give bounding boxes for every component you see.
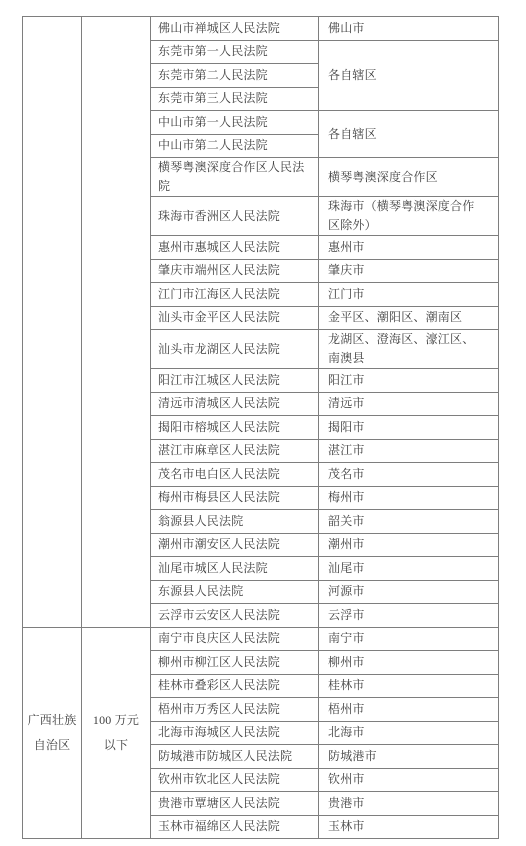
jurisdiction-cell: 茂名市 bbox=[319, 463, 499, 487]
jurisdiction-cell: 湛江市 bbox=[319, 439, 499, 463]
court-name-cell: 茂名市电白区人民法院 bbox=[151, 463, 319, 487]
jurisdiction-cell: 梅州市 bbox=[319, 486, 499, 510]
jurisdiction-cell: 韶关市 bbox=[319, 510, 499, 534]
jurisdiction-cell: 桂林市 bbox=[319, 674, 499, 698]
court-name-cell: 湛江市麻章区人民法院 bbox=[151, 439, 319, 463]
jurisdiction-cell: 肇庆市 bbox=[319, 259, 499, 283]
jurisdiction-cell: 揭阳市 bbox=[319, 416, 499, 440]
court-name-cell: 横琴粤澳深度合作区人民法院 bbox=[151, 158, 319, 197]
document-page: 佛山市禅城区人民法院佛山市东莞市第一人民法院各自辖区东莞市第二人民法院东莞市第三… bbox=[0, 0, 526, 846]
court-name-cell: 中山市第一人民法院 bbox=[151, 111, 319, 135]
jurisdiction-cell: 惠州市 bbox=[319, 236, 499, 260]
court-name-cell: 钦州市钦北区人民法院 bbox=[151, 768, 319, 792]
court-name-cell: 中山市第二人民法院 bbox=[151, 134, 319, 158]
court-name-cell: 阳江市江城区人民法院 bbox=[151, 369, 319, 393]
jurisdiction-cell: 贵港市 bbox=[319, 792, 499, 816]
court-name-cell: 肇庆市端州区人民法院 bbox=[151, 259, 319, 283]
jurisdiction-cell: 清远市 bbox=[319, 392, 499, 416]
court-name-cell: 柳州市柳江区人民法院 bbox=[151, 651, 319, 675]
jurisdiction-cell: 江门市 bbox=[319, 283, 499, 307]
province-cell: 广西壮族自治区 bbox=[23, 627, 82, 839]
jurisdiction-cell: 钦州市 bbox=[319, 768, 499, 792]
court-name-cell: 揭阳市榕城区人民法院 bbox=[151, 416, 319, 440]
jurisdiction-cell: 北海市 bbox=[319, 721, 499, 745]
court-name-cell: 东莞市第一人民法院 bbox=[151, 40, 319, 64]
court-name-cell: 桂林市叠彩区人民法院 bbox=[151, 674, 319, 698]
jurisdiction-cell: 金平区、潮阳区、潮南区 bbox=[319, 306, 499, 330]
jurisdiction-cell: 云浮市 bbox=[319, 604, 499, 628]
table-row: 佛山市禅城区人民法院佛山市 bbox=[23, 17, 499, 41]
court-name-cell: 玉林市福绵区人民法院 bbox=[151, 815, 319, 839]
jurisdiction-cell: 南宁市 bbox=[319, 627, 499, 651]
jurisdiction-cell: 佛山市 bbox=[319, 17, 499, 41]
court-name-cell: 珠海市香洲区人民法院 bbox=[151, 197, 319, 236]
court-name-cell: 惠州市惠城区人民法院 bbox=[151, 236, 319, 260]
province-cell bbox=[23, 17, 82, 628]
jurisdiction-cell: 梧州市 bbox=[319, 698, 499, 722]
jurisdiction-cell: 柳州市 bbox=[319, 651, 499, 675]
jurisdiction-cell: 珠海市（横琴粤澳深度合作区除外） bbox=[319, 197, 499, 236]
jurisdiction-cell: 各自辖区 bbox=[319, 111, 499, 158]
amount-threshold-cell: 100 万元以下 bbox=[82, 627, 151, 839]
court-name-cell: 汕头市龙湖区人民法院 bbox=[151, 330, 319, 369]
court-name-cell: 东莞市第二人民法院 bbox=[151, 64, 319, 88]
court-name-cell: 南宁市良庆区人民法院 bbox=[151, 627, 319, 651]
jurisdiction-cell: 各自辖区 bbox=[319, 40, 499, 111]
court-name-cell: 北海市海城区人民法院 bbox=[151, 721, 319, 745]
court-name-cell: 东源县人民法院 bbox=[151, 580, 319, 604]
jurisdiction-cell: 横琴粤澳深度合作区 bbox=[319, 158, 499, 197]
court-name-cell: 东莞市第三人民法院 bbox=[151, 87, 319, 111]
table-row: 广西壮族自治区100 万元以下南宁市良庆区人民法院南宁市 bbox=[23, 627, 499, 651]
court-name-cell: 潮州市潮安区人民法院 bbox=[151, 533, 319, 557]
jurisdiction-cell: 汕尾市 bbox=[319, 557, 499, 581]
court-name-cell: 清远市清城区人民法院 bbox=[151, 392, 319, 416]
court-name-cell: 梅州市梅县区人民法院 bbox=[151, 486, 319, 510]
court-jurisdiction-table: 佛山市禅城区人民法院佛山市东莞市第一人民法院各自辖区东莞市第二人民法院东莞市第三… bbox=[22, 16, 499, 839]
amount-threshold-cell bbox=[82, 17, 151, 628]
court-name-cell: 云浮市云安区人民法院 bbox=[151, 604, 319, 628]
court-name-cell: 佛山市禅城区人民法院 bbox=[151, 17, 319, 41]
jurisdiction-cell: 潮州市 bbox=[319, 533, 499, 557]
court-name-cell: 汕头市金平区人民法院 bbox=[151, 306, 319, 330]
jurisdiction-cell: 河源市 bbox=[319, 580, 499, 604]
court-name-cell: 贵港市覃塘区人民法院 bbox=[151, 792, 319, 816]
jurisdiction-cell: 防城港市 bbox=[319, 745, 499, 769]
court-name-cell: 江门市江海区人民法院 bbox=[151, 283, 319, 307]
court-name-cell: 翁源县人民法院 bbox=[151, 510, 319, 534]
table-body: 佛山市禅城区人民法院佛山市东莞市第一人民法院各自辖区东莞市第二人民法院东莞市第三… bbox=[23, 17, 499, 839]
jurisdiction-cell: 玉林市 bbox=[319, 815, 499, 839]
court-name-cell: 防城港市防城区人民法院 bbox=[151, 745, 319, 769]
court-name-cell: 梧州市万秀区人民法院 bbox=[151, 698, 319, 722]
court-name-cell: 汕尾市城区人民法院 bbox=[151, 557, 319, 581]
jurisdiction-cell: 龙湖区、澄海区、濠江区、南澳县 bbox=[319, 330, 499, 369]
jurisdiction-cell: 阳江市 bbox=[319, 369, 499, 393]
